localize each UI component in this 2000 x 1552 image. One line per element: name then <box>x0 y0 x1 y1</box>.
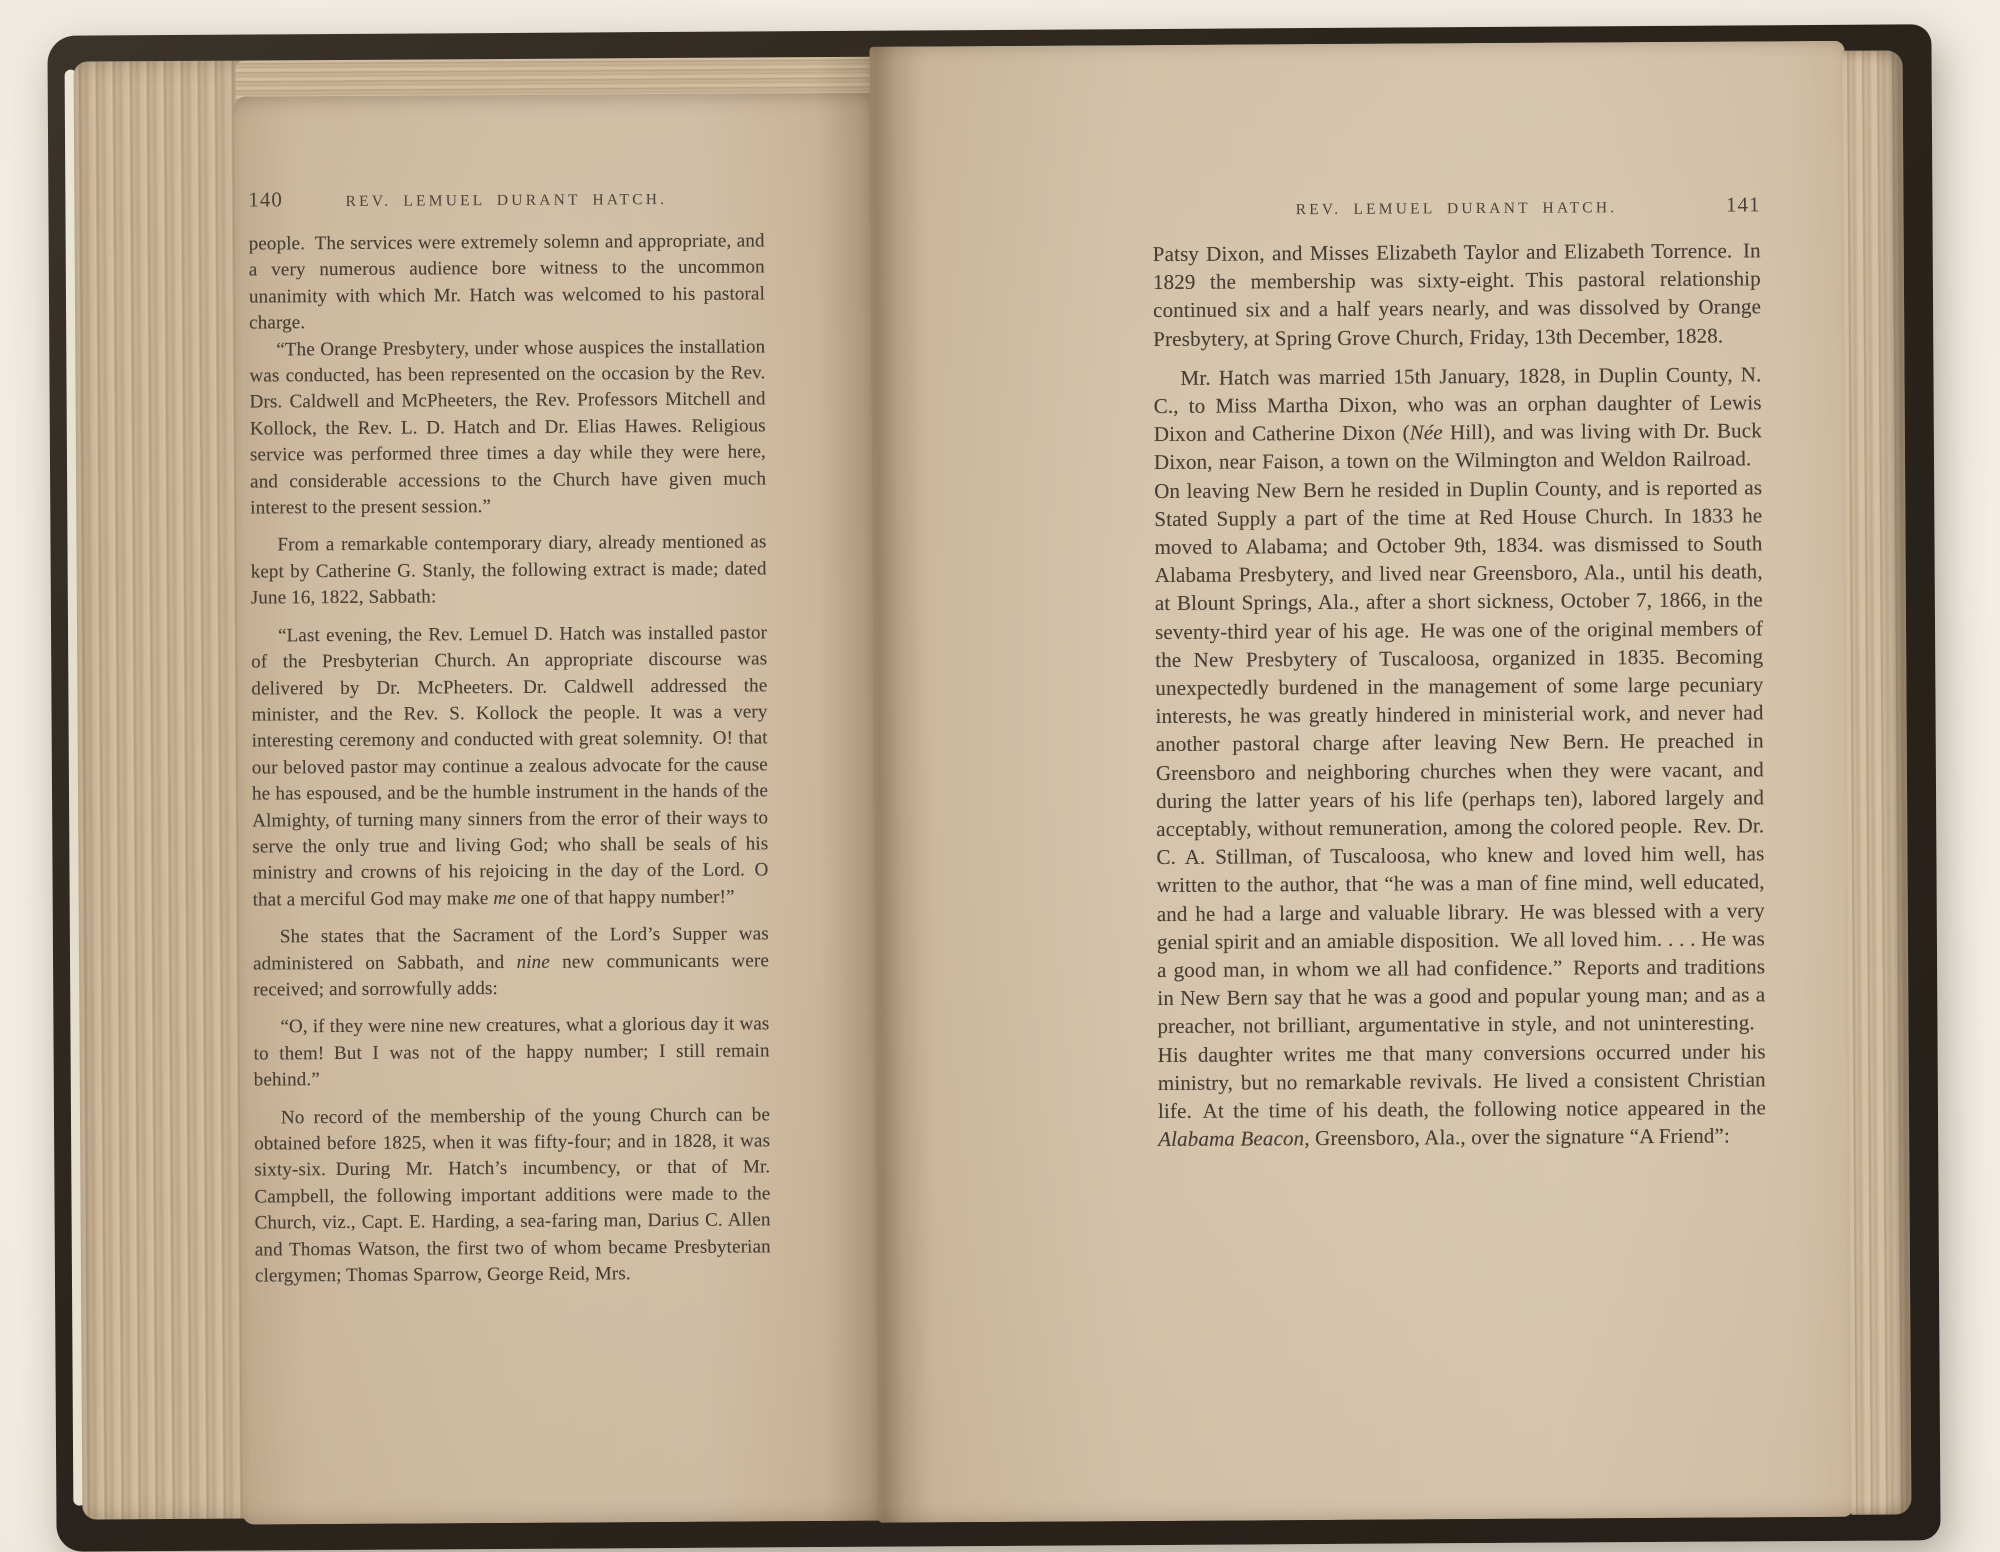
left-page-content: 140 REV. LEMUEL DURANT HATCH. people. Th… <box>248 183 771 1290</box>
right-page-header: REV. LEMUEL DURANT HATCH. 141 <box>1152 191 1760 224</box>
text-segment: Née <box>1410 420 1443 444</box>
text-segment: one of that happy number!” <box>516 886 735 908</box>
right-page-text: Patsy Dixon, and Misses Elizabeth Taylor… <box>1153 236 1767 1153</box>
book: 140 REV. LEMUEL DURANT HATCH. people. Th… <box>47 24 1940 1551</box>
paragraph: Mr. Hatch was married 15th January, 1828… <box>1153 360 1766 1153</box>
paragraph: She states that the Sacrament of the Lor… <box>253 922 769 1004</box>
text-segment: No record of the membership of the young… <box>254 1104 771 1287</box>
right-page-content: REV. LEMUEL DURANT HATCH. 141 Patsy Dixo… <box>1152 191 1766 1153</box>
paragraph: “O, if they were nine new creatures, wha… <box>253 1012 769 1094</box>
text-segment: Hill), and was living with Dr. Buck Dixo… <box>1154 419 1766 1124</box>
paragraph: people. The services were extremely sole… <box>249 228 766 337</box>
text-segment: Patsy Dixon, and Misses Elizabeth Taylor… <box>1153 238 1761 350</box>
text-segment: “The Orange Presbytery, under whose ausp… <box>249 336 766 519</box>
text-segment: , Greensboro, Ala., over the signature “… <box>1304 1124 1730 1151</box>
text-segment: people. The services were extremely sole… <box>249 230 765 333</box>
left-page-header: 140 REV. LEMUEL DURANT HATCH. <box>248 183 764 215</box>
right-page-edges <box>1843 50 1912 1514</box>
left-page-edges <box>74 61 251 1520</box>
paragraph: From a remarkable contemporary diary, al… <box>250 530 766 612</box>
paragraph: “The Orange Presbytery, under whose ausp… <box>249 334 766 522</box>
paragraph: No record of the membership of the young… <box>254 1102 771 1290</box>
right-page-number: 141 <box>1688 191 1760 217</box>
left-running-header: REV. LEMUEL DURANT HATCH. <box>320 187 692 215</box>
text-segment: “Last evening, the Rev. Lemuel D. Hatch … <box>251 622 768 910</box>
left-page-number: 140 <box>248 186 320 212</box>
paragraph: “Last evening, the Rev. Lemuel D. Hatch … <box>251 620 769 914</box>
photo-background: 140 REV. LEMUEL DURANT HATCH. people. Th… <box>0 0 2000 1552</box>
text-segment: “O, if they were nine new creatures, wha… <box>254 1014 770 1091</box>
paragraph: Patsy Dixon, and Misses Elizabeth Taylor… <box>1153 236 1762 353</box>
right-running-header: REV. LEMUEL DURANT HATCH. <box>1224 195 1688 224</box>
text-segment: Alabama Beacon <box>1158 1126 1304 1151</box>
text-segment: From a remarkable contemporary diary, al… <box>251 532 767 609</box>
left-page-text: people. The services were extremely sole… <box>249 228 771 1290</box>
text-segment: me <box>493 888 516 909</box>
text-segment: nine <box>517 951 550 972</box>
